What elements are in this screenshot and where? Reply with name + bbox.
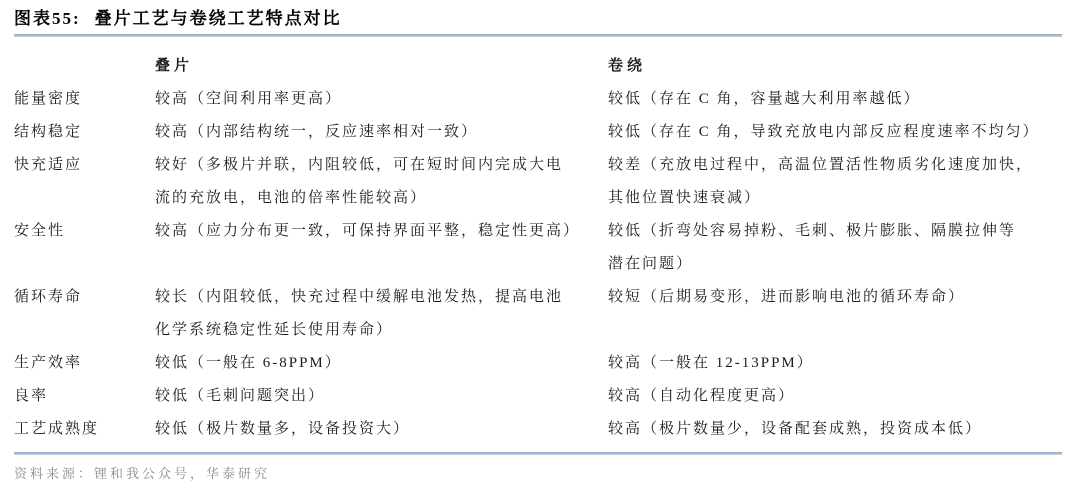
stacking-cell: 较低（毛刺问题突出） — [155, 380, 608, 413]
stacking-cell: 较高（空间利用率更高） — [155, 83, 608, 116]
table-row: 良率 较低（毛刺问题突出） 较高（自动化程度更高） — [14, 380, 1062, 413]
table-row: 能量密度 较高（空间利用率更高） 较低（存在 C 角，容量越大利用率越低） — [14, 83, 1062, 116]
stacking-cell: 较长（内阻较低，快充过程中缓解电池发热，提高电池 化学系统稳定性延长使用寿命） — [155, 281, 608, 347]
row-label: 生产效率 — [14, 347, 155, 380]
row-label: 循环寿命 — [14, 281, 155, 347]
figure-title-text: 叠片工艺与卷绕工艺特点对比 — [95, 8, 342, 30]
stacking-cell: 较低（极片数量多，设备投资大） — [155, 413, 608, 446]
header-stacking: 叠片 — [155, 50, 608, 83]
table-header-row: 叠片 卷绕 — [14, 50, 1062, 83]
row-label: 安全性 — [14, 215, 155, 281]
figure-title: 图表55: 叠片工艺与卷绕工艺特点对比 — [14, 8, 1062, 30]
header-empty-cell — [14, 50, 155, 83]
table-row: 循环寿命 较长（内阻较低，快充过程中缓解电池发热，提高电池 化学系统稳定性延长使… — [14, 281, 1062, 347]
table-row: 快充适应 较好（多极片并联，内阻较低，可在短时间内完成大电 流的充放电，电池的倍… — [14, 149, 1062, 215]
report-figure-page: 图表55: 叠片工艺与卷绕工艺特点对比 叠片 卷绕 能量密度 较高（空间利用率更… — [0, 0, 1080, 491]
figure-number: 图表55: — [14, 8, 81, 30]
stacking-cell: 较高（应力分布更一致，可保持界面平整，稳定性更高） — [155, 215, 608, 281]
stacking-cell: 较高（内部结构统一，反应速率相对一致） — [155, 116, 608, 149]
table-row: 工艺成熟度 较低（极片数量多，设备投资大） 较高（极片数量少，设备配套成熟，投资… — [14, 413, 1062, 446]
winding-cell: 较高（自动化程度更高） — [608, 380, 1062, 413]
row-label: 快充适应 — [14, 149, 155, 215]
row-label: 结构稳定 — [14, 116, 155, 149]
winding-cell: 较低（折弯处容易掉粉、毛刺、极片膨胀、隔膜拉伸等 潜在问题） — [608, 215, 1062, 281]
title-divider-rule — [14, 34, 1062, 37]
table-row: 安全性 较高（应力分布更一致，可保持界面平整，稳定性更高） 较低（折弯处容易掉粉… — [14, 215, 1062, 281]
header-winding: 卷绕 — [608, 50, 1062, 83]
stacking-cell: 较好（多极片并联，内阻较低，可在短时间内完成大电 流的充放电，电池的倍率性能较高… — [155, 149, 608, 215]
row-label: 工艺成熟度 — [14, 413, 155, 446]
winding-cell: 较短（后期易变形，进而影响电池的循环寿命） — [608, 281, 1062, 347]
table-row: 生产效率 较低（一般在 6-8PPM） 较高（一般在 12-13PPM） — [14, 347, 1062, 380]
source-note: 资料来源：锂和我公众号，华泰研究 — [14, 465, 1062, 483]
winding-cell: 较差（充放电过程中，高温位置活性物质劣化速度加快， 其他位置快速衰减） — [608, 149, 1062, 215]
winding-cell: 较高（极片数量少，设备配套成熟，投资成本低） — [608, 413, 1062, 446]
winding-cell: 较低（存在 C 角，导致充放电内部反应程度速率不均匀） — [608, 116, 1062, 149]
stacking-cell: 较低（一般在 6-8PPM） — [155, 347, 608, 380]
footer-divider-rule — [14, 452, 1062, 455]
row-label: 良率 — [14, 380, 155, 413]
winding-cell: 较高（一般在 12-13PPM） — [608, 347, 1062, 380]
comparison-table: 叠片 卷绕 能量密度 较高（空间利用率更高） 较低（存在 C 角，容量越大利用率… — [14, 50, 1062, 446]
winding-cell: 较低（存在 C 角，容量越大利用率越低） — [608, 83, 1062, 116]
row-label: 能量密度 — [14, 83, 155, 116]
table-row: 结构稳定 较高（内部结构统一，反应速率相对一致） 较低（存在 C 角，导致充放电… — [14, 116, 1062, 149]
